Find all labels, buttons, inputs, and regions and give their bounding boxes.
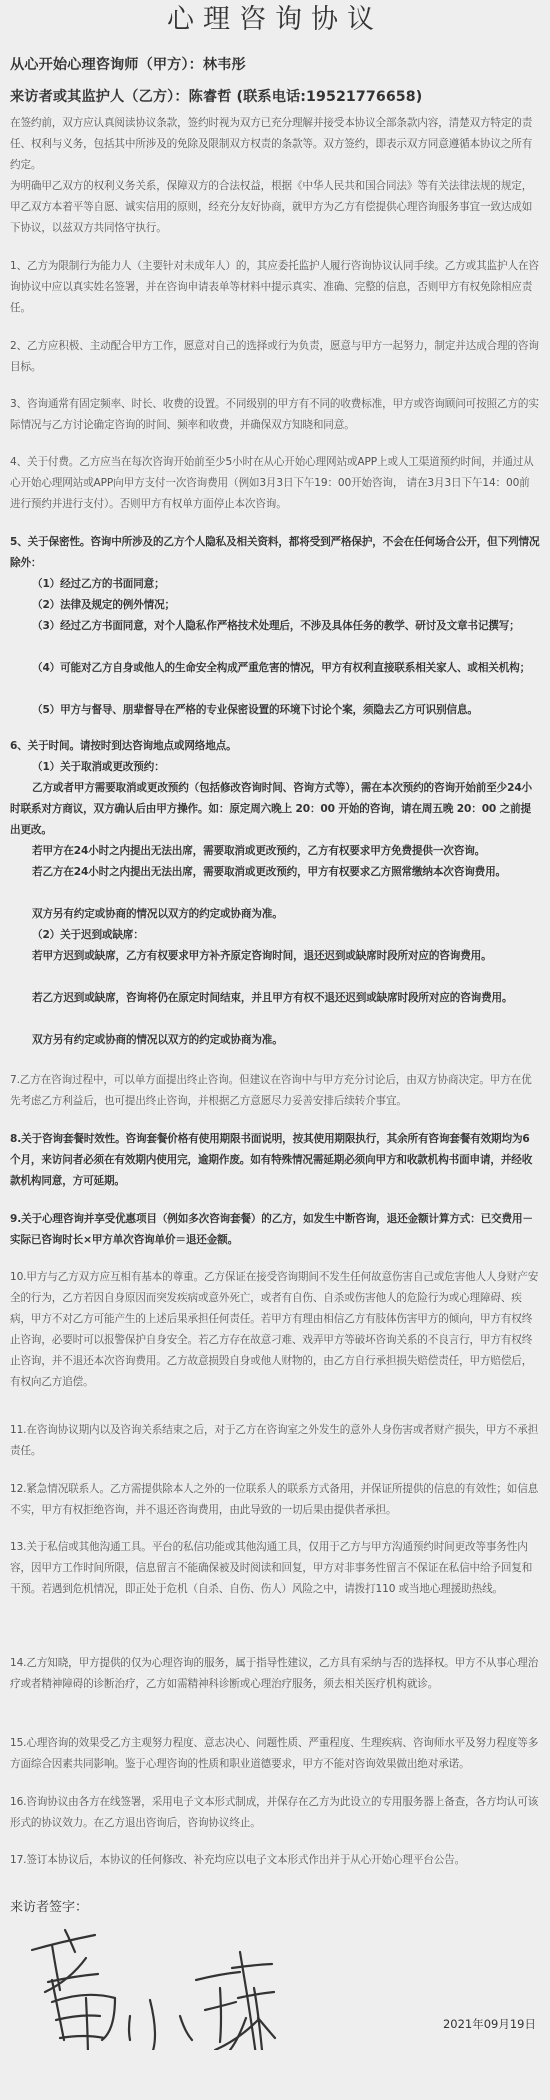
clause-5-item-3: （3）经过乙方书面同意，对个人隐私作严格技术处理后，不涉及具体任务的教学、研讨及… [10, 616, 540, 637]
party-b-line: 来访者或其监护人（乙方）：陈睿哲 (联系电话:19521776658) [10, 86, 422, 106]
clause-6-sub2-head: （2）关于迟到或缺席： [10, 925, 540, 946]
clause-6-sub1-p1: 乙方或者甲方需要取消或更改预约（包括修改咨询时间、咨询方式等），需在本次预约的咨… [10, 778, 540, 841]
clause-6-sub1-p2: 若甲方在24小时之内提出无法出席，需要取消或更改预约，乙方有权要求甲方免费提供一… [10, 841, 540, 862]
clause-3: 3、咨询通常有固定频率、时长、收费的设置。不同级别的甲方有不同的收费标准，甲方或… [10, 394, 540, 436]
signature-date: 2021年09月19日 [443, 2016, 536, 2032]
clause-1: 1、乙方为限制行为能力人（主要针对未成年人）的，其应委托监护人履行咨询协议认同手… [10, 256, 540, 319]
clause-6-sub1-p3: 若乙方在24小时之内提出无法出席，需要取消或更改预约，甲方有权要求乙方照常缴纳本… [10, 862, 540, 883]
clause-6-sub2-p3: 双方另有约定或协商的情况以双方的约定或协商为准。 [10, 1030, 540, 1051]
clause-6-sub2-p2: 若乙方迟到或缺席，咨询将仍在原定时间结束，并且甲方有权不退还迟到或缺席时段所对应… [10, 988, 540, 1009]
clause-17: 17.签订本协议后，本协议的任何修改、补充均应以电子文本形式作出并于从心开始心理… [10, 1850, 540, 1871]
clause-5-head: 5、关于保密性。咨询中所涉及的乙方个人隐私及相关资料，都将受到严格保护，不会在任… [10, 532, 540, 574]
clause-5-item-5: （5）甲方与督导、朋辈督导在严格的专业保密设置的环境下讨论个案，须隐去乙方可识别… [10, 700, 540, 721]
clause-11: 11.在咨询协议期内以及咨询关系结束之后，对于乙方在咨询室之外发生的意外人身伤害… [10, 1420, 540, 1462]
clause-7: 7.乙方在咨询过程中，可以单方面提出终止咨询。但建议在咨询中与甲方充分讨论后，由… [10, 1070, 540, 1112]
clause-15: 15.心理咨询的效果受乙方主观努力程度、意志决心、问题性质、严重程度、生理疾病、… [10, 1733, 540, 1775]
clause-9: 9.关于心理咨询并享受优惠项目（例如多次咨询套餐）的乙方，如发生中断咨询，退还金… [10, 1209, 540, 1251]
clause-4: 4、关于付费。乙方应当在每次咨询开始前至少5小时在从心开始心理网站或APP上或人… [10, 452, 540, 515]
clause-6-head: 6、关于时间。请按时到达咨询地点或网络地点。 [10, 736, 540, 757]
clause-6-sub1-p4: 双方另有约定或协商的情况以双方的约定或协商为准。 [10, 904, 540, 925]
intro-paragraph-2: 为明确甲乙双方的权利义务关系，保障双方的合法权益，根据《中华人民共和国合同法》等… [10, 176, 540, 239]
clause-6-sub2-p1: 若甲方迟到或缺席，乙方有权要求甲方补齐原定咨询时间，退还迟到或缺席时段所对应的咨… [10, 946, 540, 967]
clause-8: 8.关于咨询套餐时效性。咨询套餐价格有使用期限书面说明，按其使用期限执行，其余所… [10, 1129, 540, 1192]
clause-6-sub1-head: （1）关于取消或更改预约： [10, 757, 540, 778]
clause-14: 14.乙方知晓，甲方提供的仅为心理咨询的服务，属于指导性建议，乙方具有采纳与否的… [10, 1653, 540, 1695]
clause-5-item-1: （1）经过乙方的书面同意； [10, 574, 540, 595]
clause-5-item-4: （4）可能对乙方自身或他人的生命安全构成严重危害的情况，甲方有权利直接联系相关家… [10, 658, 540, 679]
party-a-line: 从心开始心理咨询师（甲方）：林韦彤 [10, 54, 246, 74]
document-title: 心理咨询协议 [0, 2, 550, 38]
clause-5-item-2: （2）法律及规定的例外情况； [10, 595, 540, 616]
agreement-page: 心理咨询协议 从心开始心理咨询师（甲方）：林韦彤 来访者或其监护人（乙方）：陈睿… [0, 0, 550, 2100]
clause-16: 16.咨询协议由各方在线签署，采用电子文本形式制成，并保存在乙方为此设立的专用服… [10, 1792, 540, 1834]
clause-13: 13.关于私信或其他沟通工具。平台的私信功能或其他沟通工具，仅用于乙方与甲方沟通… [10, 1537, 540, 1600]
clause-10: 10.甲方与乙方双方应互相有基本的尊重。乙方保证在接受咨询期间不发生任何故意伤害… [10, 1267, 540, 1393]
clause-2: 2、乙方应积极、主动配合甲方工作，愿意对自己的选择或行为负责，愿意与甲方一起努力… [10, 336, 540, 378]
intro-paragraph-1: 在签约前，双方应认真阅读协议条款，签约时视为双方已充分理解并接受本协议全部条款内… [10, 113, 540, 176]
clause-12: 12.紧急情况联系人。乙方需提供除本人之外的一位联系人的联系方式备用，并保证所提… [10, 1479, 540, 1521]
handwritten-signature [0, 1890, 300, 2050]
